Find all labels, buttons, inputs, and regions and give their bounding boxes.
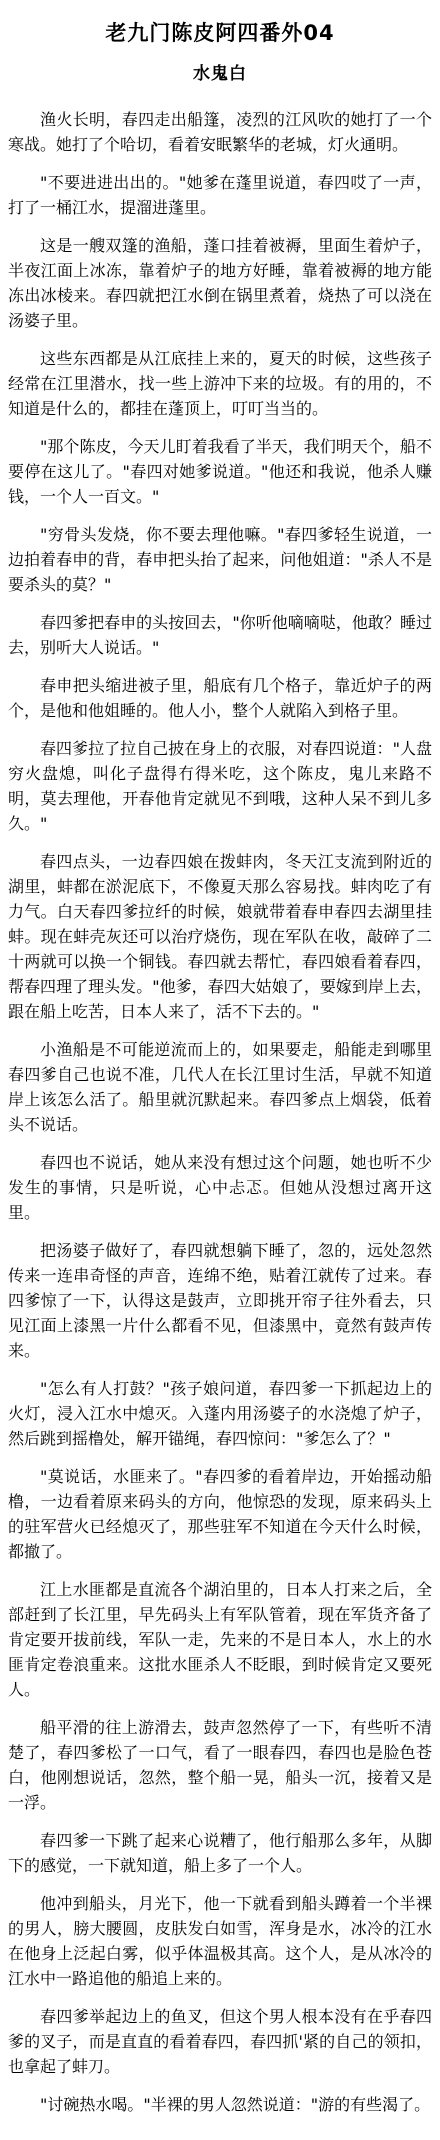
paragraph: 船平滑的往上游滑去，鼓声忽然停了一下，有些听不清楚了，春四爹松了一口气，看了一眼…	[8, 1715, 432, 1815]
paragraph: 春四爹把春申的头按回去，"你听他嘀嘀哒，他敢？睡过去，别听大人说话。"	[8, 610, 432, 660]
paragraph: 春四爹一下跳了起来心说糟了，他行船那么多年，从脚下的感觉，一下就知道，船上多了一…	[8, 1828, 432, 1878]
page-title: 老九门陈皮阿四番外04	[8, 21, 432, 45]
paragraph: 这些东西都是从江底挂上来的，夏天的时候，这些孩子经常在江里潜水，找一些上游冲下来…	[8, 346, 432, 421]
paragraph: 他冲到船头，月光下，他一下就看到船头蹲着一个半裸的男人，膀大腰圆，皮肤发白如雪，…	[8, 1891, 432, 1991]
paragraph: "穷骨头发烧，你不要去理他嘛。"春四爹轻生说道，一边拍着春申的背，春申把头抬了起…	[8, 522, 432, 597]
paragraph: 春四爹举起边上的鱼叉，但这个男人根本没有在乎春四爹的叉子，而是直直的看着春四，春…	[8, 2004, 432, 2079]
paragraph: 把汤婆子做好了，春四就想躺下睡了，忽的，远处忽然传来一连串奇怪的声音，连绵不绝，…	[8, 1238, 432, 1363]
paragraph: 春四爹拉了拉自己披在身上的衣服，对春四说道："人盘穷火盘熄，叫化子盘得冇得米吃，…	[8, 736, 432, 836]
paragraph: "莫说话，水匪来了。"春四爹的看着岸边，开始摇动船橹，一边看着原来码头的方向，他…	[8, 1464, 432, 1564]
paragraph: 春四点头，一边春四娘在拨蚌肉，冬天江支流到附近的湖里，蚌都在淤泥底下，不像夏天那…	[8, 849, 432, 1024]
paragraph: "那个陈皮，今天儿盯着我看了半天，我们明天个，船不要停在这儿了。"春四对她爹说道…	[8, 434, 432, 509]
paragraph: 春申把头缩进被子里，船底有几个格子，靠近炉子的两个，是他和他姐睡的。他人小，整个…	[8, 673, 432, 723]
page-subtitle: 水鬼白	[8, 65, 432, 84]
paragraph: 小渔船是不可能逆流而上的，如果要走，船能走到哪里春四爹自己也说不准，几代人在长江…	[8, 1037, 432, 1137]
paragraph: "不要进进出出的。"她爹在蓬里说道，春四哎了一声，打了一桶江水，提溜进蓬里。	[8, 170, 432, 220]
paragraph: 春四也不说话，她从来没有想过这个问题，她也听不少发生的事情，只是听说，心中忐忑。…	[8, 1150, 432, 1225]
paragraph: "怎么有人打鼓？"孩子娘问道，春四爹一下抓起边上的火灯，浸入江水中熄灭。入蓬内用…	[8, 1376, 432, 1451]
article-body: 渔火长明，春四走出船篷，凌烈的江风吹的她打了一个寒战。她打了个哈切，看着安眠繁华…	[8, 107, 432, 2117]
paragraph: "讨碗热水喝。"半裸的男人忽然说道："游的有些渴了。	[8, 2092, 432, 2117]
paragraph: 这是一艘双篷的渔船，蓬口挂着被褥，里面生着炉子，半夜江面上冰冻，靠着炉子的地方好…	[8, 233, 432, 333]
paragraph: 江上水匪都是直流各个湖泊里的，日本人打来之后，全部赶到了长江里，早先码头上有军队…	[8, 1577, 432, 1702]
paragraph: 渔火长明，春四走出船篷，凌烈的江风吹的她打了一个寒战。她打了个哈切，看着安眠繁华…	[8, 107, 432, 157]
document-page: 老九门陈皮阿四番外04 水鬼白 渔火长明，春四走出船篷，凌烈的江风吹的她打了一个…	[0, 0, 440, 2140]
